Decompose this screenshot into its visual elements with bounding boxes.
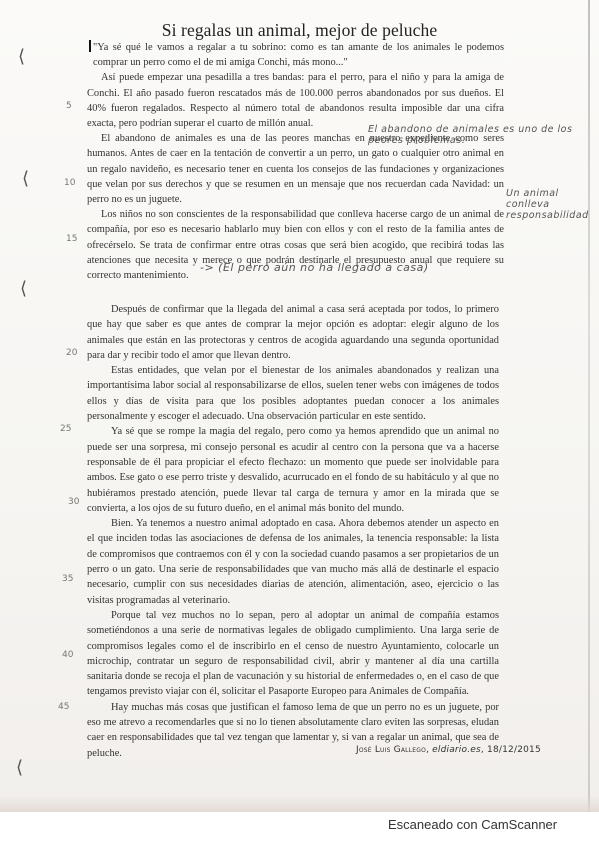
- article-body-lower: Después de confirmar que la llegada del …: [87, 302, 499, 761]
- publish-date: 18/12/2015: [487, 745, 541, 755]
- paragraph: Después de confirmar que la llegada del …: [87, 302, 499, 363]
- page-shadow: [0, 795, 599, 813]
- margin-bracket-mark: ⟨: [22, 168, 29, 189]
- paragraph: "Ya sé qué le vamos a regalar a tu sobri…: [87, 40, 504, 70]
- handwritten-note: Un animal conlleva responsabilidad: [506, 188, 590, 221]
- margin-bracket-mark: ⟨: [18, 46, 25, 67]
- paragraph: Porque tal vez muchos no lo sepan, pero …: [87, 608, 499, 700]
- handwritten-note: El abandono de animales es uno de los pe…: [368, 124, 593, 146]
- line-number: 10: [64, 178, 75, 188]
- line-number: 25: [60, 424, 71, 434]
- paragraph: Así puede empezar una pesadilla a tres b…: [87, 70, 504, 131]
- line-number: 40: [62, 650, 73, 660]
- scanner-watermark: Escaneado con CamScanner: [388, 817, 557, 832]
- line-number: 35: [62, 574, 73, 584]
- handwritten-note: -> (El perro aún no ha llegado a casa): [200, 262, 500, 273]
- page-edge: [588, 0, 590, 812]
- article-title: Si regalas un animal, mejor de peluche: [0, 20, 599, 41]
- line-number: 5: [66, 101, 72, 111]
- line-number: 30: [68, 497, 79, 507]
- source-name: eldiario.es: [432, 745, 481, 755]
- line-number: 20: [66, 348, 77, 358]
- margin-bracket-mark: ⟨: [16, 757, 23, 778]
- article-body-upper: "Ya sé qué le vamos a regalar a tu sobri…: [87, 40, 504, 283]
- paragraph: Bien. Ya tenemos a nuestro animal adopta…: [87, 516, 499, 608]
- author-name: José Luis Gallego: [356, 745, 426, 755]
- margin-bracket-mark: ⟨: [20, 278, 27, 299]
- line-number: 45: [58, 702, 69, 712]
- paragraph: Ya sé que se rompe la magia del regalo, …: [87, 424, 499, 516]
- line-number: 15: [66, 234, 77, 244]
- article-credit: José Luis Gallego, eldiario.es, 18/12/20…: [356, 745, 541, 755]
- paragraph: Estas entidades, que velan por el bienes…: [87, 363, 499, 424]
